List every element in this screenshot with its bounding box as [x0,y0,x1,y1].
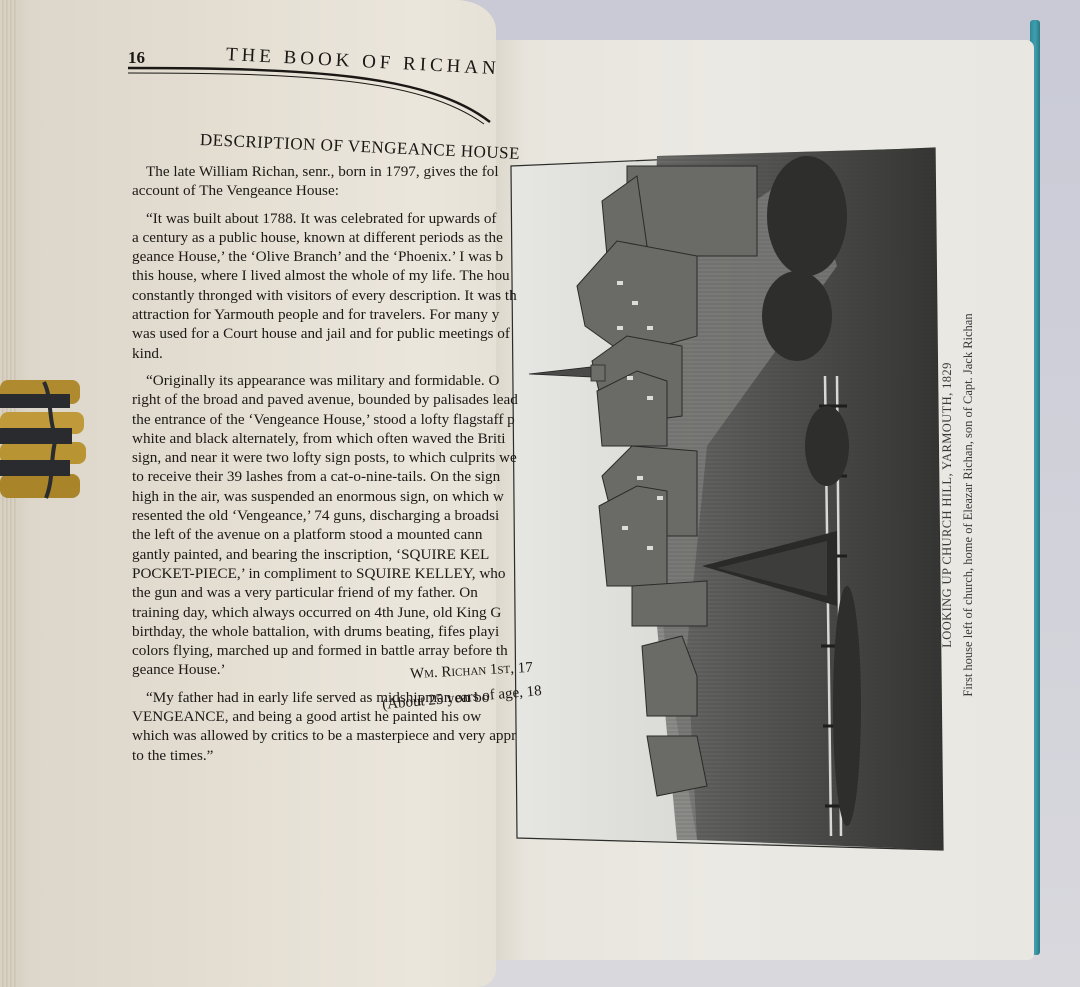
text-line: POCKET-PIECE,’ in compliment to SQUIRE K… [132,564,532,583]
text-line: high in the air, was suspended an enormo… [132,487,532,506]
text-line: kind. [132,344,532,363]
text-line: geance House,’ the ‘Olive Branch’ and th… [132,247,532,266]
text-line: account of The Vengeance House: [132,181,532,200]
text-line: resented the old ‘Vengeance,’ 74 guns, d… [132,506,532,525]
text-line: this house, where I lived almost the who… [132,266,532,285]
caption-subtitle: First house left of church, home of Elea… [961,313,976,696]
text-line: birthday, the whole battalion, with drum… [132,622,532,641]
text-line: white and black alternately, from which … [132,429,532,448]
text-line: The late William Richan, senr., born in … [132,162,532,181]
text-line: the left of the avenue on a platform sto… [132,525,532,544]
running-head: 16 THE BOOK OF RICHAN [128,44,488,104]
church-hill-illustration [507,146,947,852]
text-line: was used for a Court house and jail and … [132,324,532,343]
text-line: a century as a public house, known at di… [132,228,532,247]
text-line: sign, and near it were two lofty sign po… [132,448,532,467]
text-line: “Originally its appearance was military … [132,371,532,390]
caption-title: LOOKING UP CHURCH HILL, YARMOUTH, 1829 [940,313,955,696]
text-line: constantly thronged with visitors of eve… [132,286,532,305]
text-line: to receive their 39 lashes from a cat-o-… [132,467,532,486]
text-line: gantly painted, and bearing the inscript… [132,545,532,564]
text-line: to the times.” [132,746,532,765]
text-line: colors flying, marched up and formed in … [132,641,532,660]
text-line: the gun and was a very particular friend… [132,583,532,602]
header-rule [128,66,492,126]
text-line: VENGEANCE, and being a good artist he pa… [132,707,532,726]
text-line: the entrance of the ‘Vengeance House,’ s… [132,410,532,429]
page-number: 16 [128,48,145,68]
text-line: training day, which always occurred on 4… [132,603,532,622]
text-line: right of the broad and paved avenue, bou… [132,390,532,409]
text-line: which was allowed by critics to be a mas… [132,726,532,745]
brass-clip [0,378,86,504]
text-line: “It was built about 1788. It was celebra… [132,209,532,228]
text-line: attraction for Yarmouth people and for t… [132,305,532,324]
